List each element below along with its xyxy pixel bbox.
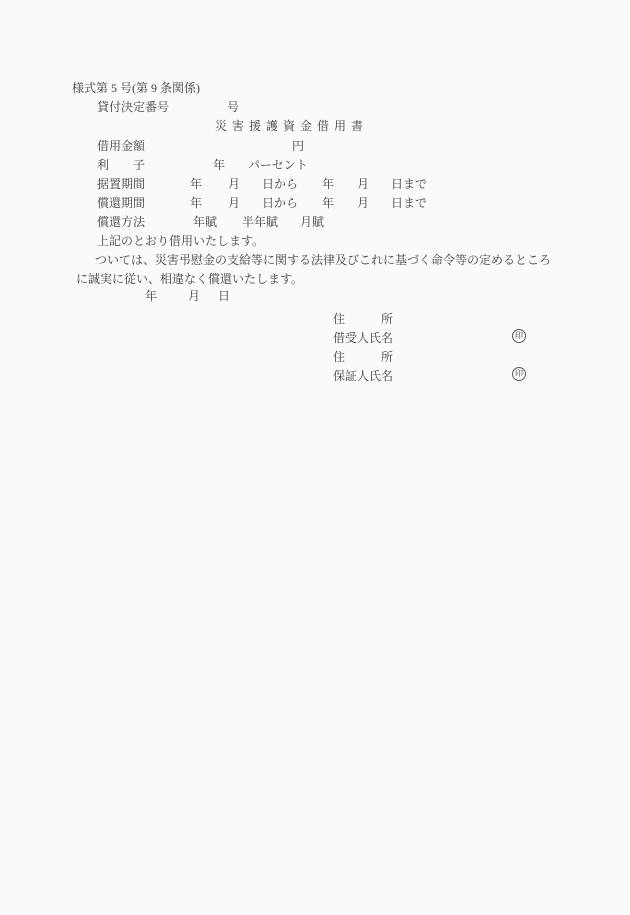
loan-form-document: 様式第 5 号(第 9 条関係) 貸付決定番号 号 災 害 援 護 資 金 借 … [0,0,630,915]
clause-text-line1: ついては、災害弔慰金の支給等に関する法律及びこれに基づく命令等の定めるところ [95,254,551,266]
deferment-day-to: 日まで [391,178,427,190]
deferment-year-from: 年 [190,178,202,190]
guarantor-address-label: 住 所 [333,351,393,363]
interest-year-prefix: 年 [213,159,225,171]
repayment-month-from: 月 [228,197,240,209]
repayment-method-label: 償還方法 [97,216,145,228]
deferment-month-from: 月 [228,178,240,190]
borrow-statement: 上記のとおり借用いたします。 [97,235,264,247]
guarantor-seal-icon: 印 [512,367,526,381]
method-option-annual: 年賦 [193,216,217,228]
repayment-day-to: 日まで [391,197,427,209]
loan-amount-unit: 円 [292,140,304,152]
borrower-seal-icon: 印 [512,329,526,343]
method-option-monthly: 月賦 [300,216,324,228]
interest-unit: パーセント [248,159,308,171]
form-number-label: 様式第 5 号(第 9 条関係) [72,82,200,94]
decision-number-unit: 号 [227,101,239,113]
borrower-address-label: 住 所 [333,313,393,325]
repayment-period-label: 償還期間 [97,197,145,209]
deferment-period-label: 据置期間 [97,178,145,190]
interest-label: 利 子 [97,159,145,171]
clause-text-line2: に誠実に従い、相違なく償還いたします。 [76,273,303,285]
deferment-year-to: 年 [322,178,334,190]
borrower-name-label: 借受人氏名 [333,332,393,344]
repayment-year-to: 年 [322,197,334,209]
method-option-semiannual: 半年賦 [242,216,278,228]
repayment-month-to: 月 [357,197,369,209]
repayment-year-from: 年 [190,197,202,209]
guarantor-name-label: 保証人氏名 [333,370,393,382]
deferment-month-to: 月 [357,178,369,190]
date-month-label: 月 [188,290,200,302]
document-title: 災 害 援 護 資 金 借 用 書 [215,120,364,132]
date-year-label: 年 [145,290,157,302]
loan-amount-label: 借用金額 [97,140,145,152]
repayment-day-from: 日から [262,197,298,209]
date-day-label: 日 [218,290,230,302]
decision-number-label: 貸付決定番号 [97,101,169,113]
deferment-day-from: 日から [262,178,298,190]
